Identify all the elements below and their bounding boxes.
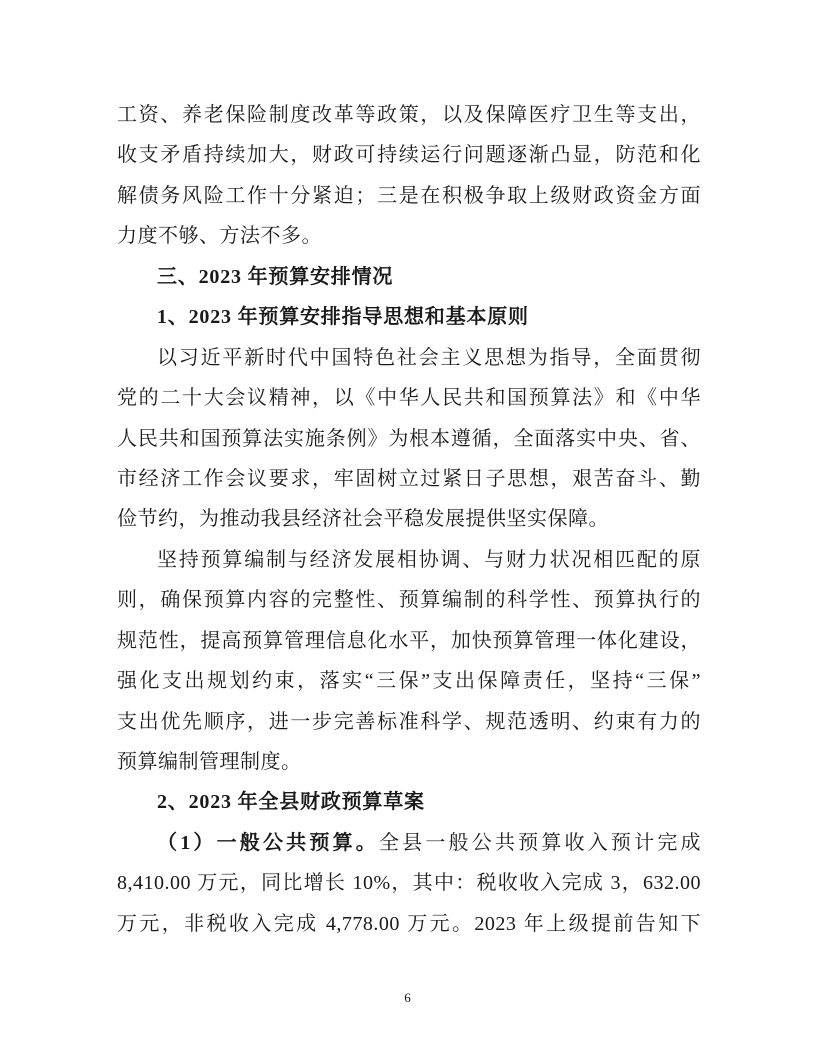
document-body: 工资、养老保险制度改革等政策，以及保障医疗卫生等支出，收支矛盾持续加大，财政可持… [117, 95, 701, 944]
text-line: 解债务风险工作十分紧迫；三是在积极争取上级财政资金方面 [117, 176, 701, 216]
text-line: 强化支出规划约束，落实“三保”支出保障责任，坚持“三保” [117, 661, 701, 701]
section-heading: 2、2023 年全县财政预算草案 [117, 782, 701, 822]
text-line: 党的二十大会议精神，以《中华人民共和国预算法》和《中华 [117, 378, 701, 418]
text-line: （1）一般公共预算。全县一般公共预算收入预计完成 [117, 823, 701, 863]
section-heading: 1、2023 年预算安排指导思想和基本原则 [117, 297, 701, 337]
text-line: 预算编制管理制度。 [117, 742, 701, 782]
page-number: 6 [0, 990, 815, 1006]
text-line: 支出优先顺序，进一步完善标准科学、规范透明、约束有力的 [117, 702, 701, 742]
text-line: 则，确保预算内容的完整性、预算编制的科学性、预算执行的 [117, 580, 701, 620]
paragraph-lead-bold: （1）一般公共预算。 [157, 832, 379, 854]
text-line: 工资、养老保险制度改革等政策，以及保障医疗卫生等支出， [117, 95, 701, 135]
text-line: 规范性，提高预算管理信息化水平，加快预算管理一体化建设， [117, 621, 701, 661]
text-line: 市经济工作会议要求，牢固树立过紧日子思想，艰苦奋斗、勤 [117, 459, 701, 499]
text-line: 以习近平新时代中国特色社会主义思想为指导，全面贯彻 [117, 338, 701, 378]
text-line: 力度不够、方法不多。 [117, 216, 701, 256]
text-line: 万元，非税收入完成 4,778.00 万元。2023 年上级提前告知下 [117, 904, 701, 944]
text-line: 人民共和国预算法实施条例》为根本遵循，全面落实中央、省、 [117, 419, 701, 459]
text-line: 俭节约，为推动我县经济社会平稳发展提供坚实保障。 [117, 499, 701, 539]
text-line: 收支矛盾持续加大，财政可持续运行问题逐渐凸显，防范和化 [117, 135, 701, 175]
section-heading: 三、2023 年预算安排情况 [117, 257, 701, 297]
document-page: 工资、养老保险制度改革等政策，以及保障医疗卫生等支出，收支矛盾持续加大，财政可持… [0, 0, 815, 1055]
text-line: 坚持预算编制与经济发展相协调、与财力状况相匹配的原 [117, 540, 701, 580]
text-line: 8,410.00 万元，同比增长 10%，其中：税收收入完成 3，632.00 [117, 863, 701, 903]
paragraph-run: 全县一般公共预算收入预计完成 [379, 832, 701, 854]
